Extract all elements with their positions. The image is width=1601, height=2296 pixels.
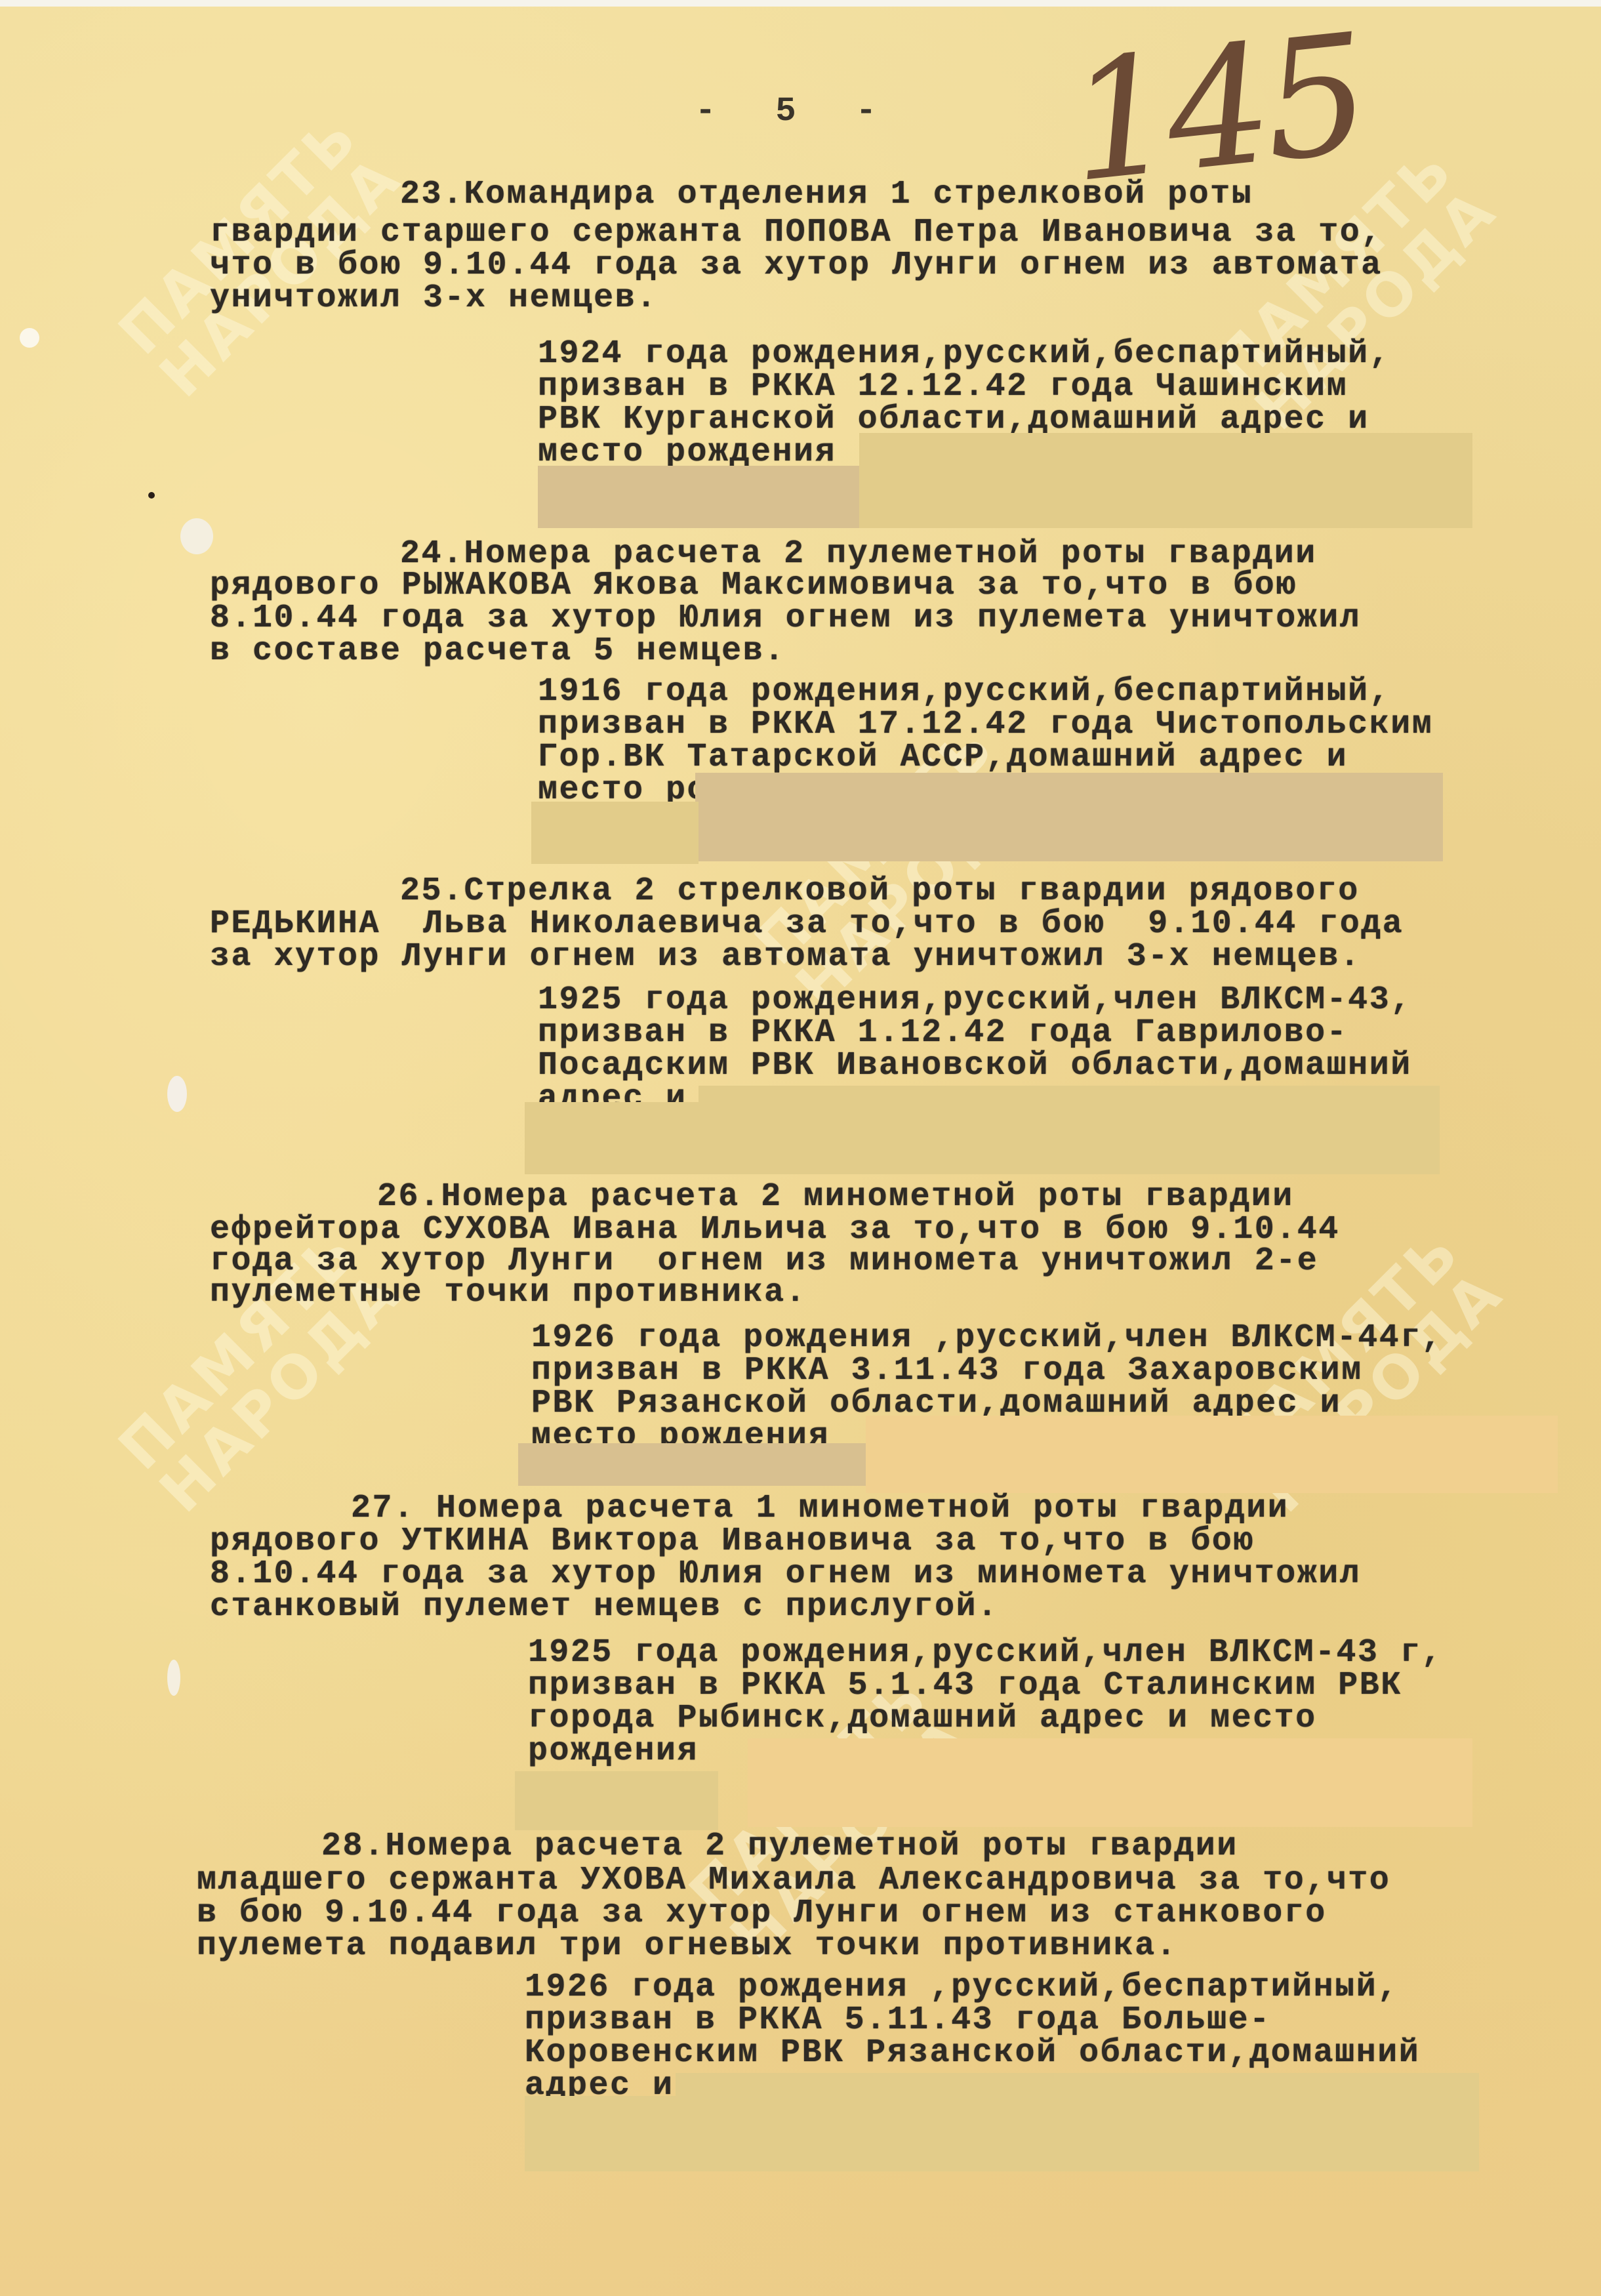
citation-line: пулемета подавил три огневых точки проти… bbox=[197, 1930, 1177, 1963]
biography-line: РВК Курганской области,домашний адрес и bbox=[538, 403, 1369, 436]
citation-line: 24.Номера расчета 2 пулеметной роты гвар… bbox=[400, 538, 1317, 571]
biography-line: 1924 года рождения,русский,беспартийный, bbox=[538, 338, 1390, 371]
biography-line: 1926 года рождения ,русский,член ВЛКСМ-4… bbox=[531, 1322, 1443, 1355]
citation-line: рядового УТКИНА Виктора Ивановича за то,… bbox=[210, 1525, 1255, 1558]
citation-line: рядового РЫЖАКОВА Якова Максимовича за т… bbox=[210, 569, 1297, 602]
redaction-box bbox=[695, 773, 1443, 861]
citation-line: пулеметные точки противника. bbox=[210, 1277, 807, 1309]
redaction-box bbox=[748, 1738, 1472, 1827]
ink-dot bbox=[148, 492, 155, 499]
biography-line: призван в РККА 5.1.43 года Сталинским РВ… bbox=[528, 1670, 1402, 1702]
redaction-box bbox=[676, 2073, 1479, 2171]
page-number: - 5 - bbox=[695, 92, 896, 131]
biography-line: Посадским РВК Ивановской области,домашни… bbox=[538, 1050, 1412, 1082]
biography-line: призван в РККА 17.12.42 года Чистопольск… bbox=[538, 708, 1433, 741]
redaction-box bbox=[699, 1086, 1440, 1174]
biography-line: призван в РККА 12.12.42 года Чашинским bbox=[538, 371, 1348, 403]
paper-hole bbox=[167, 1076, 187, 1112]
redaction-box bbox=[538, 466, 859, 528]
redaction-box bbox=[531, 802, 699, 864]
biography-line: города Рыбинск,домашний адрес и место bbox=[528, 1702, 1317, 1735]
citation-line: РЕДЬКИНА Льва Николаевича за то,что в бо… bbox=[210, 908, 1404, 941]
redaction-box bbox=[525, 2096, 679, 2171]
biography-line: 1925 года рождения,русский,член ВЛКСМ-43… bbox=[538, 984, 1412, 1017]
citation-line: 27. Номера расчета 1 минометной роты гва… bbox=[351, 1492, 1289, 1525]
citation-line: младшего сержанта УХОВА Михаила Александ… bbox=[197, 1864, 1390, 1897]
redaction-box bbox=[518, 1443, 866, 1486]
biography-line: 1926 года рождения ,русский,беспартийный… bbox=[525, 1971, 1399, 2004]
citation-line: что в бою 9.10.44 года за хутор Лунги ог… bbox=[210, 249, 1383, 282]
redaction-box bbox=[866, 1416, 1558, 1493]
redaction-box bbox=[859, 433, 1472, 528]
citation-line: гвардии старшего сержанта ПОПОВА Петра И… bbox=[210, 216, 1383, 249]
biography-line: Гор.ВК Татарской АССР,домашний адрес и bbox=[538, 741, 1348, 774]
biography-line: рождения bbox=[528, 1735, 699, 1768]
biography-line: Коровенским РВК Рязанской области,домашн… bbox=[525, 2037, 1420, 2070]
biography-line: место рождения bbox=[538, 436, 836, 469]
paper-hole bbox=[167, 1660, 180, 1696]
citation-line: 25.Стрелка 2 стрелковой роты гвардии ряд… bbox=[400, 875, 1360, 908]
paper-hole bbox=[20, 328, 39, 348]
citation-line: за хутор Лунги огнем из автомата уничтож… bbox=[210, 941, 1361, 974]
citation-line: 8.10.44 года за хутор Юлия огнем из мино… bbox=[210, 1558, 1361, 1591]
redaction-box bbox=[515, 1771, 718, 1830]
citation-line: года за хутор Лунги огнем из миномета ун… bbox=[210, 1245, 1318, 1278]
citation-line: 23.Командира отделения 1 стрелковой роты bbox=[400, 178, 1253, 211]
citation-line: 28.Номера расчета 2 пулеметной роты гвар… bbox=[321, 1830, 1238, 1863]
paper-hole bbox=[180, 518, 213, 554]
citation-line: в бою 9.10.44 года за хутор Лунги огнем … bbox=[197, 1897, 1327, 1930]
biography-line: призван в РККА 3.11.43 года Захаровским bbox=[531, 1355, 1363, 1387]
biography-line: 1916 года рождения,русский,беспартийный, bbox=[538, 676, 1390, 708]
biography-line: 1925 года рождения,русский,член ВЛКСМ-43… bbox=[528, 1637, 1443, 1670]
citation-line: станковый пулемет немцев с прислугой. bbox=[210, 1591, 999, 1624]
biography-line: призван в РККА 1.12.42 года Гаврилово- bbox=[538, 1017, 1348, 1050]
biography-line: призван в РККА 5.11.43 года Больше- bbox=[525, 2004, 1271, 2037]
citation-line: ефрейтора СУХОВА Ивана Ильича за то,что … bbox=[210, 1214, 1340, 1246]
citation-line: в составе расчета 5 немцев. bbox=[210, 635, 786, 668]
citation-line: 8.10.44 года за хутор Юлия огнем из пуле… bbox=[210, 602, 1361, 635]
scan-edge bbox=[0, 0, 1601, 7]
redaction-box bbox=[525, 1102, 702, 1174]
citation-line: 26.Номера расчета 2 минометной роты гвар… bbox=[377, 1181, 1294, 1214]
citation-line: уничтожил 3-х немцев. bbox=[210, 282, 658, 315]
